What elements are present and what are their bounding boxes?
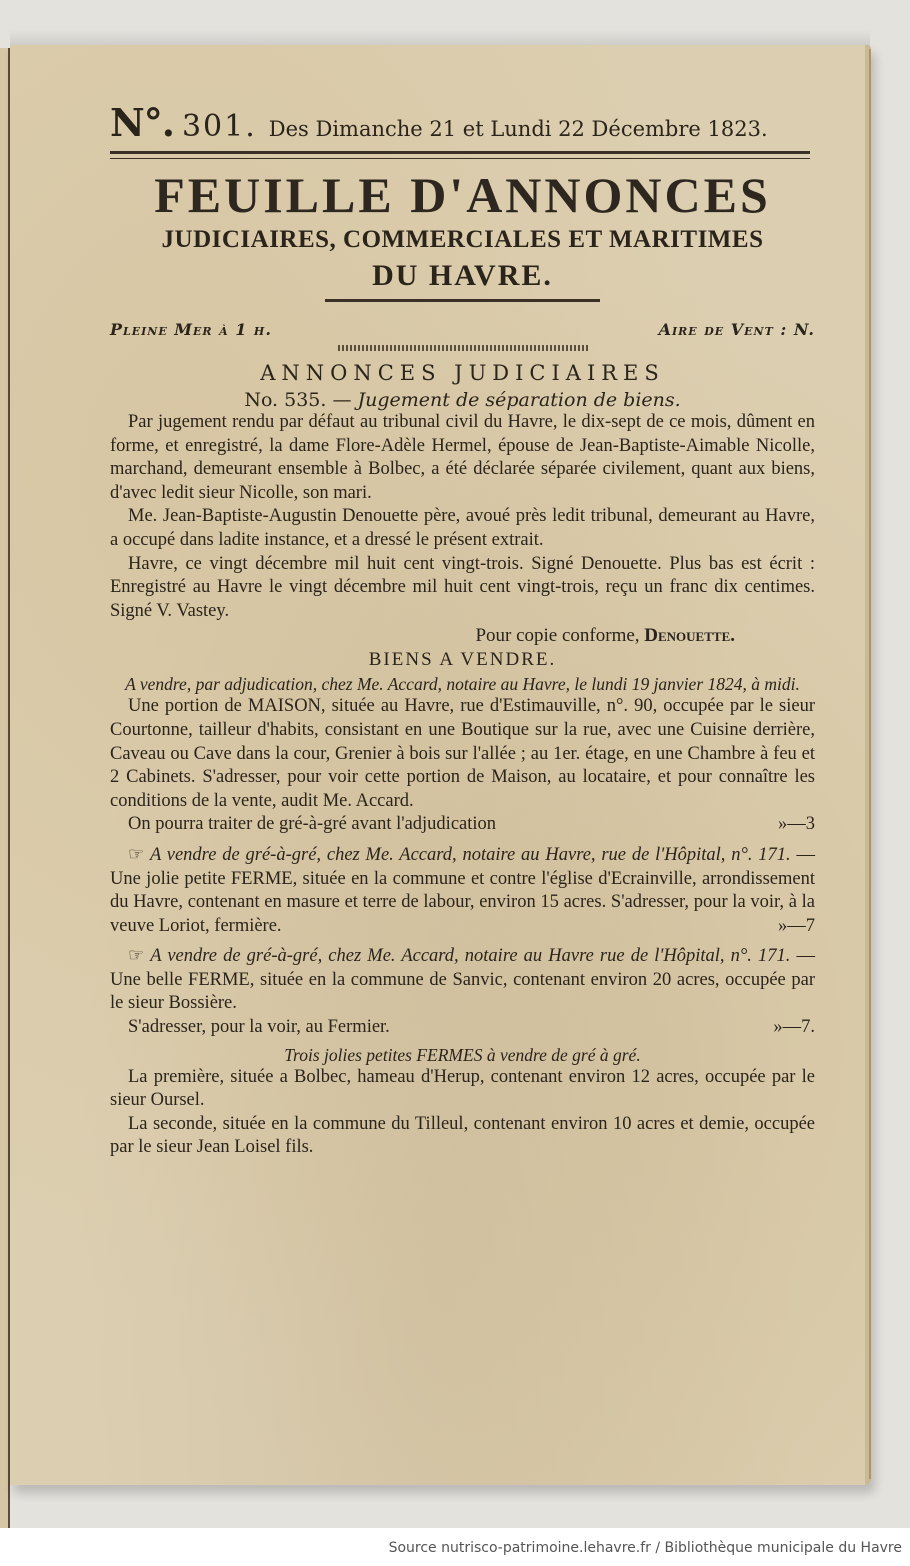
newspaper-subtitle: JUDICIAIRES, COMMERCIALES ET MARITIMES	[110, 223, 815, 257]
signoff-prefix: Pour copie conforme,	[475, 625, 639, 646]
title-rule	[325, 299, 600, 302]
notice-number: No. 535. —	[244, 389, 351, 411]
sale-intro: A vendre de gré-à-gré, chez Me. Accard, …	[150, 845, 791, 865]
judicial-paragraph: Me. Jean-Baptiste-Augustin Denouette pèr…	[110, 505, 815, 552]
judicial-paragraph: Havre, ce vingt décembre mil huit cent v…	[110, 553, 815, 624]
section-heading-sales: BIENS A VENDRE.	[110, 649, 815, 671]
notice-heading: No. 535. — Jugement de séparation de bie…	[110, 389, 815, 411]
ornamental-rule	[338, 345, 588, 351]
sale-reference: »—7	[760, 915, 815, 939]
masthead-rule	[110, 151, 810, 159]
sale-intro: A vendre, par adjudication, chez Me. Acc…	[110, 673, 815, 695]
farm-item: La première, située a Bolbec, hameau d'H…	[110, 1066, 815, 1113]
pointing-hand-icon: ☞	[128, 945, 144, 965]
sale-item: ☞ A vendre de gré-à-gré, chez Me. Accard…	[110, 843, 815, 938]
issue-date: Des Dimanche 21 et Lundi 22 Décembre 182…	[269, 117, 768, 141]
signoff: Pour copie conforme, Denouette.	[110, 625, 815, 647]
newspaper-title: FEUILLE D'ANNONCES	[110, 167, 815, 223]
notice-title: Jugement de séparation de biens.	[358, 389, 681, 411]
sale-body: Une portion de MAISON, située au Havre, …	[110, 695, 815, 813]
source-credit: Source nutrisco-patrimoine.lehavre.fr / …	[389, 1540, 902, 1556]
sale-intro: A vendre de gré-à-gré, chez Me. Accard, …	[150, 946, 790, 966]
page-edge	[869, 49, 871, 1479]
judicial-paragraph: Par jugement rendu par défaut au tribuna…	[110, 411, 815, 505]
sale-item: ☞ A vendre de gré-à-gré, chez Me. Accard…	[110, 944, 815, 1016]
signoff-name: Denouette.	[644, 625, 735, 646]
issue-number-prefix: N°.	[110, 100, 174, 145]
farm-item: La seconde, située en la commune du Till…	[110, 1113, 815, 1160]
sale-note-text: S'adresser, pour la voir, au Fermier.	[128, 1017, 390, 1037]
issue-number: 301.	[182, 109, 257, 144]
section-heading-judicial: ANNONCES JUDICIAIRES	[110, 361, 815, 385]
farms-heading: Trois jolies petites FERMES à vendre de …	[110, 1044, 815, 1066]
sale-note: S'adresser, pour la voir, au Fermier. »—…	[110, 1016, 815, 1040]
pointing-hand-icon: ☞	[128, 844, 144, 864]
sale-note-text: On pourra traiter de gré-à-gré avant l'a…	[128, 814, 496, 834]
binding-edge	[0, 48, 10, 1528]
sale-reference: »—7.	[755, 1016, 815, 1040]
sale-reference: »—3	[760, 813, 815, 837]
newspaper-content: N°. 301. Des Dimanche 21 et Lundi 22 Déc…	[110, 100, 815, 1160]
wind-direction: Aire de Vent : N.	[659, 320, 815, 339]
high-tide: Pleine Mer à 1 h.	[110, 320, 272, 339]
sale-note: On pourra traiter de gré-à-gré avant l'a…	[110, 813, 815, 837]
newspaper-city: DU HAVRE.	[110, 257, 815, 295]
tide-wind-row: Pleine Mer à 1 h. Aire de Vent : N.	[110, 320, 815, 339]
issue-line: N°. 301. Des Dimanche 21 et Lundi 22 Déc…	[110, 100, 815, 145]
